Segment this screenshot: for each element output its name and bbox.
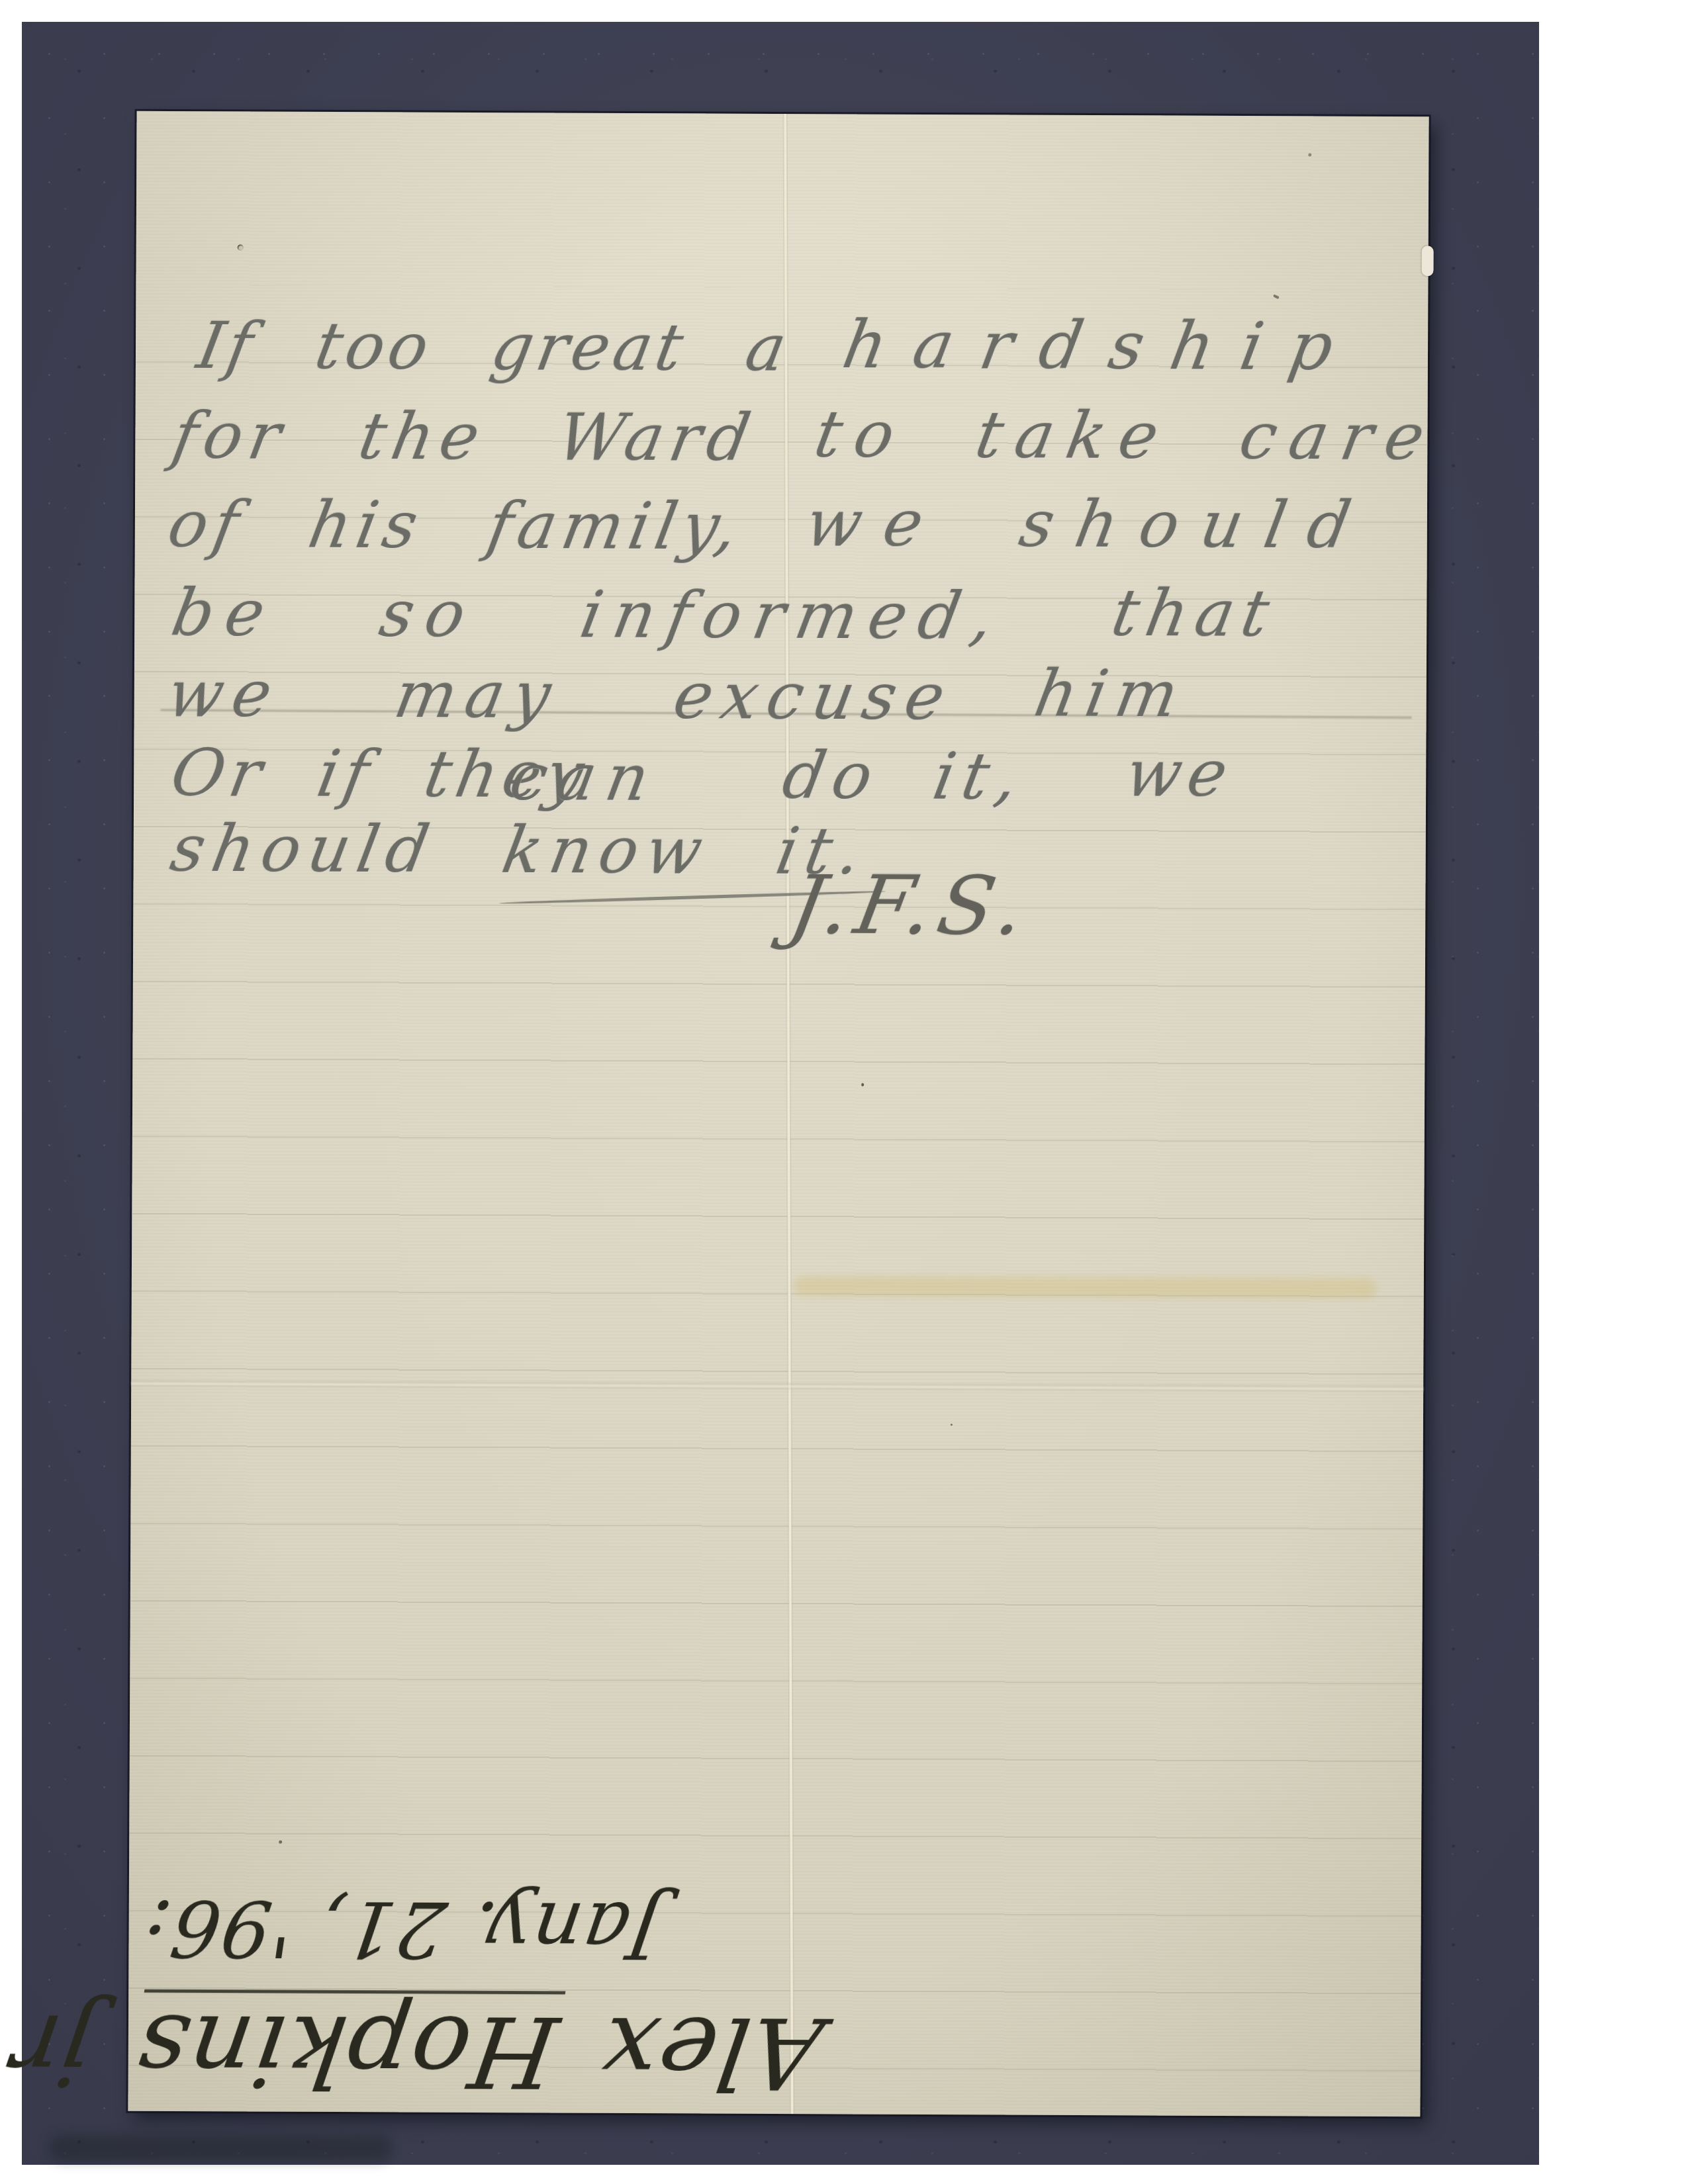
handwriting-line-2-left: for the Ward bbox=[167, 398, 762, 476]
handwriting-line-6-word-can: can bbox=[504, 740, 665, 815]
signature-initials: J.F.S. bbox=[783, 858, 1039, 952]
vertical-fold-crease bbox=[783, 114, 795, 2114]
yellow-stain bbox=[794, 1276, 1376, 1298]
paper-speck bbox=[1308, 153, 1311, 156]
handwriting-line-5-right: him bbox=[1029, 657, 1194, 732]
paper-speck bbox=[1273, 295, 1280, 299]
paper-speck bbox=[861, 1083, 864, 1087]
upside-down-docket: Alex Hopkins jr Jany. 21, '96: bbox=[142, 1812, 946, 2110]
handwriting-line-5-left: we may excuse bbox=[162, 657, 960, 735]
handwriting-line-6-seg3: do it, bbox=[777, 739, 1032, 815]
handwriting-line-1-right: hardship bbox=[837, 307, 1367, 385]
docket-name-suffix: jr bbox=[4, 1992, 145, 2107]
paper-speck bbox=[951, 1424, 953, 1426]
handwriting-line-3-right: we should bbox=[800, 486, 1379, 563]
mat-smudge bbox=[48, 2134, 393, 2162]
handwriting-line-2-right: to take care bbox=[809, 397, 1443, 475]
handwriting-line-7: should know it. bbox=[165, 811, 874, 889]
torn-edge-notch bbox=[1422, 246, 1434, 276]
handwriting-line-6-seg4: we bbox=[1120, 736, 1240, 811]
docket-name-first: Alex bbox=[548, 1995, 829, 2110]
handwriting-line-3-left: of his family, bbox=[163, 487, 749, 565]
horizontal-fold-crease-lower bbox=[131, 1381, 1423, 1392]
letter-page: If too great a hardship for the Ward to … bbox=[128, 111, 1429, 2116]
paper-hole-speck bbox=[238, 244, 244, 250]
docket-name: Alex Hopkins jr bbox=[134, 1978, 832, 2109]
handwriting-line-4-left: be so informed, bbox=[166, 576, 1011, 654]
handwriting-line-1-left: If too great a bbox=[192, 308, 796, 386]
handwriting-line-4-right: that bbox=[1106, 576, 1283, 651]
docket-name-surname: Hopkins bbox=[128, 1989, 565, 2109]
docket-date: Jany. 21, '96: bbox=[137, 1883, 953, 1976]
